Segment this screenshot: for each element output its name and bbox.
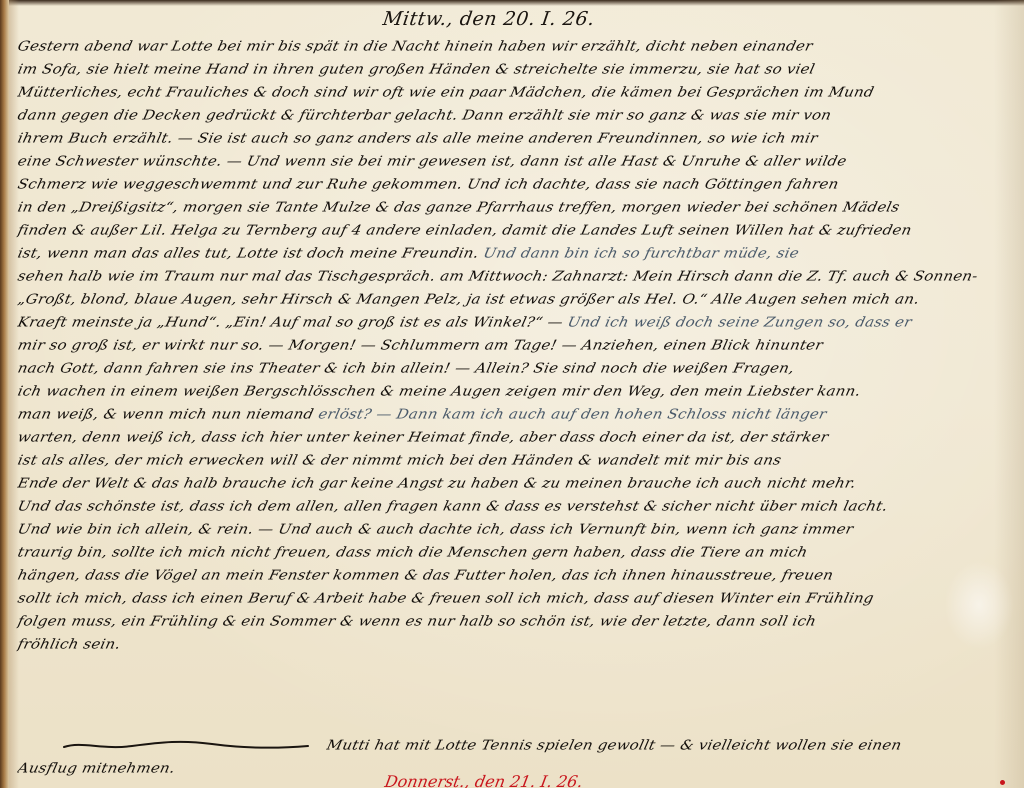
red-ink-mark xyxy=(1000,780,1005,785)
handwritten-line: ihrem Buch erzählt. — Sie ist auch so ga… xyxy=(15,126,1012,150)
handwritten-line: ist, wenn man das alles tut, Lotte ist d… xyxy=(15,241,1012,265)
handwritten-line: ich wachen in einem weißen Bergschlössch… xyxy=(15,379,1012,403)
handwritten-line: hängen, dass die Vögel an mein Fenster k… xyxy=(15,563,1012,587)
wavy-divider-line xyxy=(62,738,310,752)
handwritten-line: Kraeft meinste ja „Hund“. „Ein! Auf mal … xyxy=(15,310,1012,334)
blue-ink-passage: erlöst? — Dann kam ich auch auf den hohe… xyxy=(317,406,828,422)
handwritten-line: in den „Dreißigsitz“, morgen sie Tante M… xyxy=(15,195,1012,219)
handwritten-line: Und wie bin ich allein, & rein. — Und au… xyxy=(15,517,1012,541)
handwritten-line: dann gegen die Decken gedrückt & fürchte… xyxy=(15,103,1012,127)
handwritten-line: Schmerz wie weggeschwemmt und zur Ruhe g… xyxy=(15,172,1012,196)
diary-page: Mittw., den 20. I. 26. Gestern abend war… xyxy=(0,0,1024,788)
handwritten-line: fröhlich sein. xyxy=(15,632,1012,656)
handwritten-line: nach Gott, dann fahren sie ins Theater &… xyxy=(15,356,1012,380)
handwritten-line: sollt ich mich, dass ich einen Beruf & A… xyxy=(15,586,1012,610)
blue-ink-passage: Und dann bin ich so furchtbar müde, sie xyxy=(482,245,801,261)
handwritten-line: man weiß, & wenn mich nun niemand erlöst… xyxy=(15,402,1012,426)
page-top-shadow xyxy=(0,0,1024,6)
entry-date-heading: Mittw., den 20. I. 26. xyxy=(381,8,596,30)
handwritten-line: Mütterliches, echt Frauliches & doch sin… xyxy=(15,80,1012,104)
handwritten-line: Und das schönste ist, dass ich dem allen… xyxy=(15,494,1012,518)
next-entry-date-red: Donnerst., den 21. I. 26. xyxy=(383,772,584,788)
handwritten-line: sehen halb wie im Traum nur mal das Tisc… xyxy=(15,264,1012,288)
handwritten-line: Mutti hat mit Lotte Tennis spielen gewol… xyxy=(324,733,1012,757)
handwritten-line: eine Schwester wünschte. — Und wenn sie … xyxy=(15,149,1012,173)
handwritten-line: traurig bin, sollte ich mich nicht freue… xyxy=(15,540,1012,564)
book-binding-edge xyxy=(0,0,9,788)
handwritten-line: warten, denn weiß ich, dass ich hier unt… xyxy=(15,425,1012,449)
handwritten-line: folgen muss, ein Frühling & ein Sommer &… xyxy=(15,609,1012,633)
blue-ink-passage: Und ich weiß doch seine Zungen so, dass … xyxy=(566,314,913,330)
handwritten-line: finden & außer Lil. Helga zu Ternberg au… xyxy=(15,218,1012,242)
handwritten-line: ist als alles, der mich erwecken will & … xyxy=(15,448,1012,472)
handwritten-line: Ende der Welt & das halb brauche ich gar… xyxy=(15,471,1012,495)
handwritten-line: „Großt, blond, blaue Augen, sehr Hirsch … xyxy=(15,287,1012,311)
handwritten-line: im Sofa, sie hielt meine Hand in ihren g… xyxy=(15,57,1012,81)
handwritten-line: mir so groß ist, er wirkt nur so. — Morg… xyxy=(15,333,1012,357)
handwritten-line: Gestern abend war Lotte bei mir bis spät… xyxy=(15,34,1012,58)
